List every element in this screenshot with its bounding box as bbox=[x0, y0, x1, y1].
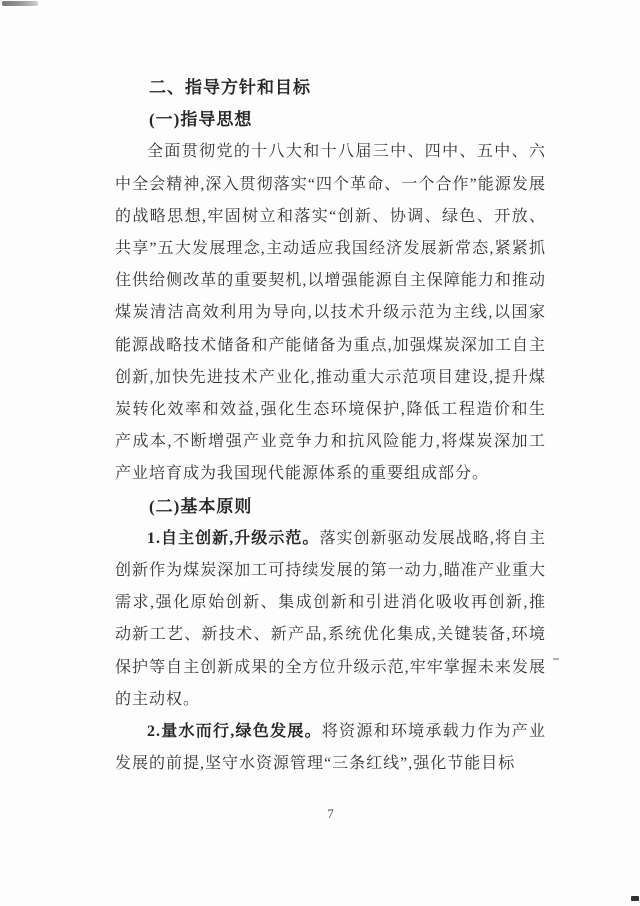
principle-2-lead: 2.量水而行,绿色发展。 bbox=[147, 723, 322, 740]
document-page: 二、指导方针和目标 (一)指导思想 全面贯彻党的十八大和十八届三中、四中、五中、… bbox=[0, 0, 640, 906]
page-number: 7 bbox=[115, 806, 546, 822]
principle-1-lead: 1.自主创新,升级示范。 bbox=[147, 530, 319, 547]
paragraph-guiding-ideology-text: 全面贯彻党的十八大和十八届三中、四中、五中、六中全会精神,深入贯彻落实“四个革命… bbox=[115, 143, 546, 482]
subsection-heading-basic-principles: (二)基本原则 bbox=[115, 491, 546, 523]
document-content: 二、指导方针和目标 (一)指导思想 全面贯彻党的十八大和十八届三中、四中、五中、… bbox=[115, 72, 546, 780]
section-heading: 二、指导方针和目标 bbox=[115, 72, 546, 104]
scan-artifact-mid-right bbox=[553, 658, 559, 660]
paragraph-principle-2: 2.量水而行,绿色发展。将资源和环境承载力作为产业发展的前提,坚守水资源管理“三… bbox=[115, 716, 546, 780]
principle-1-body: 落实创新驱动发展战略,将自主创新作为煤炭深加工可持续发展的第一动力,瞄准产业重大… bbox=[115, 530, 546, 708]
paragraph-guiding-ideology: 全面贯彻党的十八大和十八届三中、四中、五中、六中全会精神,深入贯彻落实“四个革命… bbox=[115, 136, 546, 490]
subsection-heading-guiding-ideology: (一)指导思想 bbox=[115, 104, 546, 136]
scan-artifact-top-left bbox=[2, 1, 38, 6]
paragraph-principle-1: 1.自主创新,升级示范。落实创新驱动发展战略,将自主创新作为煤炭深加工可持续发展… bbox=[115, 523, 546, 716]
scan-artifact-bottom-right bbox=[631, 896, 639, 901]
